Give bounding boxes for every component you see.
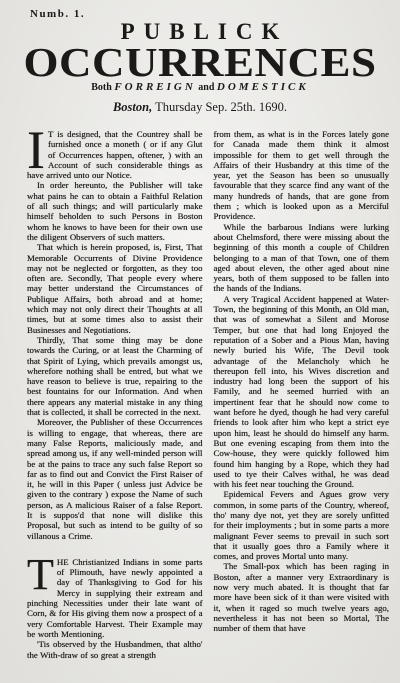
paragraph: The Small-pox which has been raging in B… [214,561,390,633]
subtitle-forreign: FORREIGN [114,81,195,93]
paragraph-text: T is designed, that the Countrey shall b… [27,129,203,180]
paragraph: Epidemical Fevers and Agues grow very co… [214,489,390,561]
paragraph: While the barbarous Indians were lurking… [214,222,390,294]
newspaper-title-line2: OCCURRENCES [0,42,400,83]
paragraph-text: from them, as what is in the Forces late… [214,129,390,221]
newspaper-page: Numb. 1. PUBLICK OCCURRENCES Both FORREI… [0,0,400,683]
paragraph: from them, as what is in the Forces late… [214,129,390,222]
dropcap-letter: T [27,557,57,591]
issue-number: Numb. 1. [30,8,85,20]
paragraph: Moreover, the Publisher of these Occurre… [27,417,203,541]
left-column: IT is designed, that the Countrey shall … [27,129,203,683]
paragraph: That which is herein proposed, is, First… [27,242,203,335]
paragraph: THE Christianized Indians in some parts … [27,557,203,639]
dateline-date: Thursday Sep. 25th. 1690. [155,100,287,114]
dateline-place: Boston, [113,100,152,114]
paragraph-text: Moreover, the Publisher of these Occurre… [27,417,203,540]
subtitle-and: and [198,82,214,93]
paragraph: Thirdly, That some thing may be done tow… [27,335,203,417]
subtitle-domestick: DOMESTICK [217,81,309,93]
paragraph-text: Epidemical Fevers and Agues grow very co… [214,489,390,561]
right-column: from them, as what is in the Forces late… [214,129,390,683]
paragraph-text: Thirdly, That some thing may be done tow… [27,335,203,417]
paragraph: 'Tis observed by the Husbandmen, that al… [27,639,203,660]
paragraph-text: In order hereunto, the Publisher will ta… [27,180,203,241]
paragraph-text: That which is herein proposed, is, First… [27,242,203,334]
dateline: Boston, Thursday Sep. 25th. 1690. [0,100,400,115]
paragraph-text: 'Tis observed by the Husbandmen, that al… [27,639,203,659]
paragraph: IT is designed, that the Countrey shall … [27,129,203,180]
paragraph: A very Tragical Accident happened at Wat… [214,294,390,490]
subtitle-prefix: Both [91,82,112,93]
paragraph: In order hereunto, the Publisher will ta… [27,180,203,242]
paragraph-text: While the barbarous Indians were lurking… [214,222,390,294]
body-columns: IT is designed, that the Countrey shall … [27,129,389,683]
subtitle: Both FORREIGN and DOMESTICK [0,81,400,93]
dropcap-letter: I [27,129,48,170]
paragraph-text: A very Tragical Accident happened at Wat… [214,294,390,489]
paragraph-text: The Small-pox which has been raging in B… [214,561,390,633]
